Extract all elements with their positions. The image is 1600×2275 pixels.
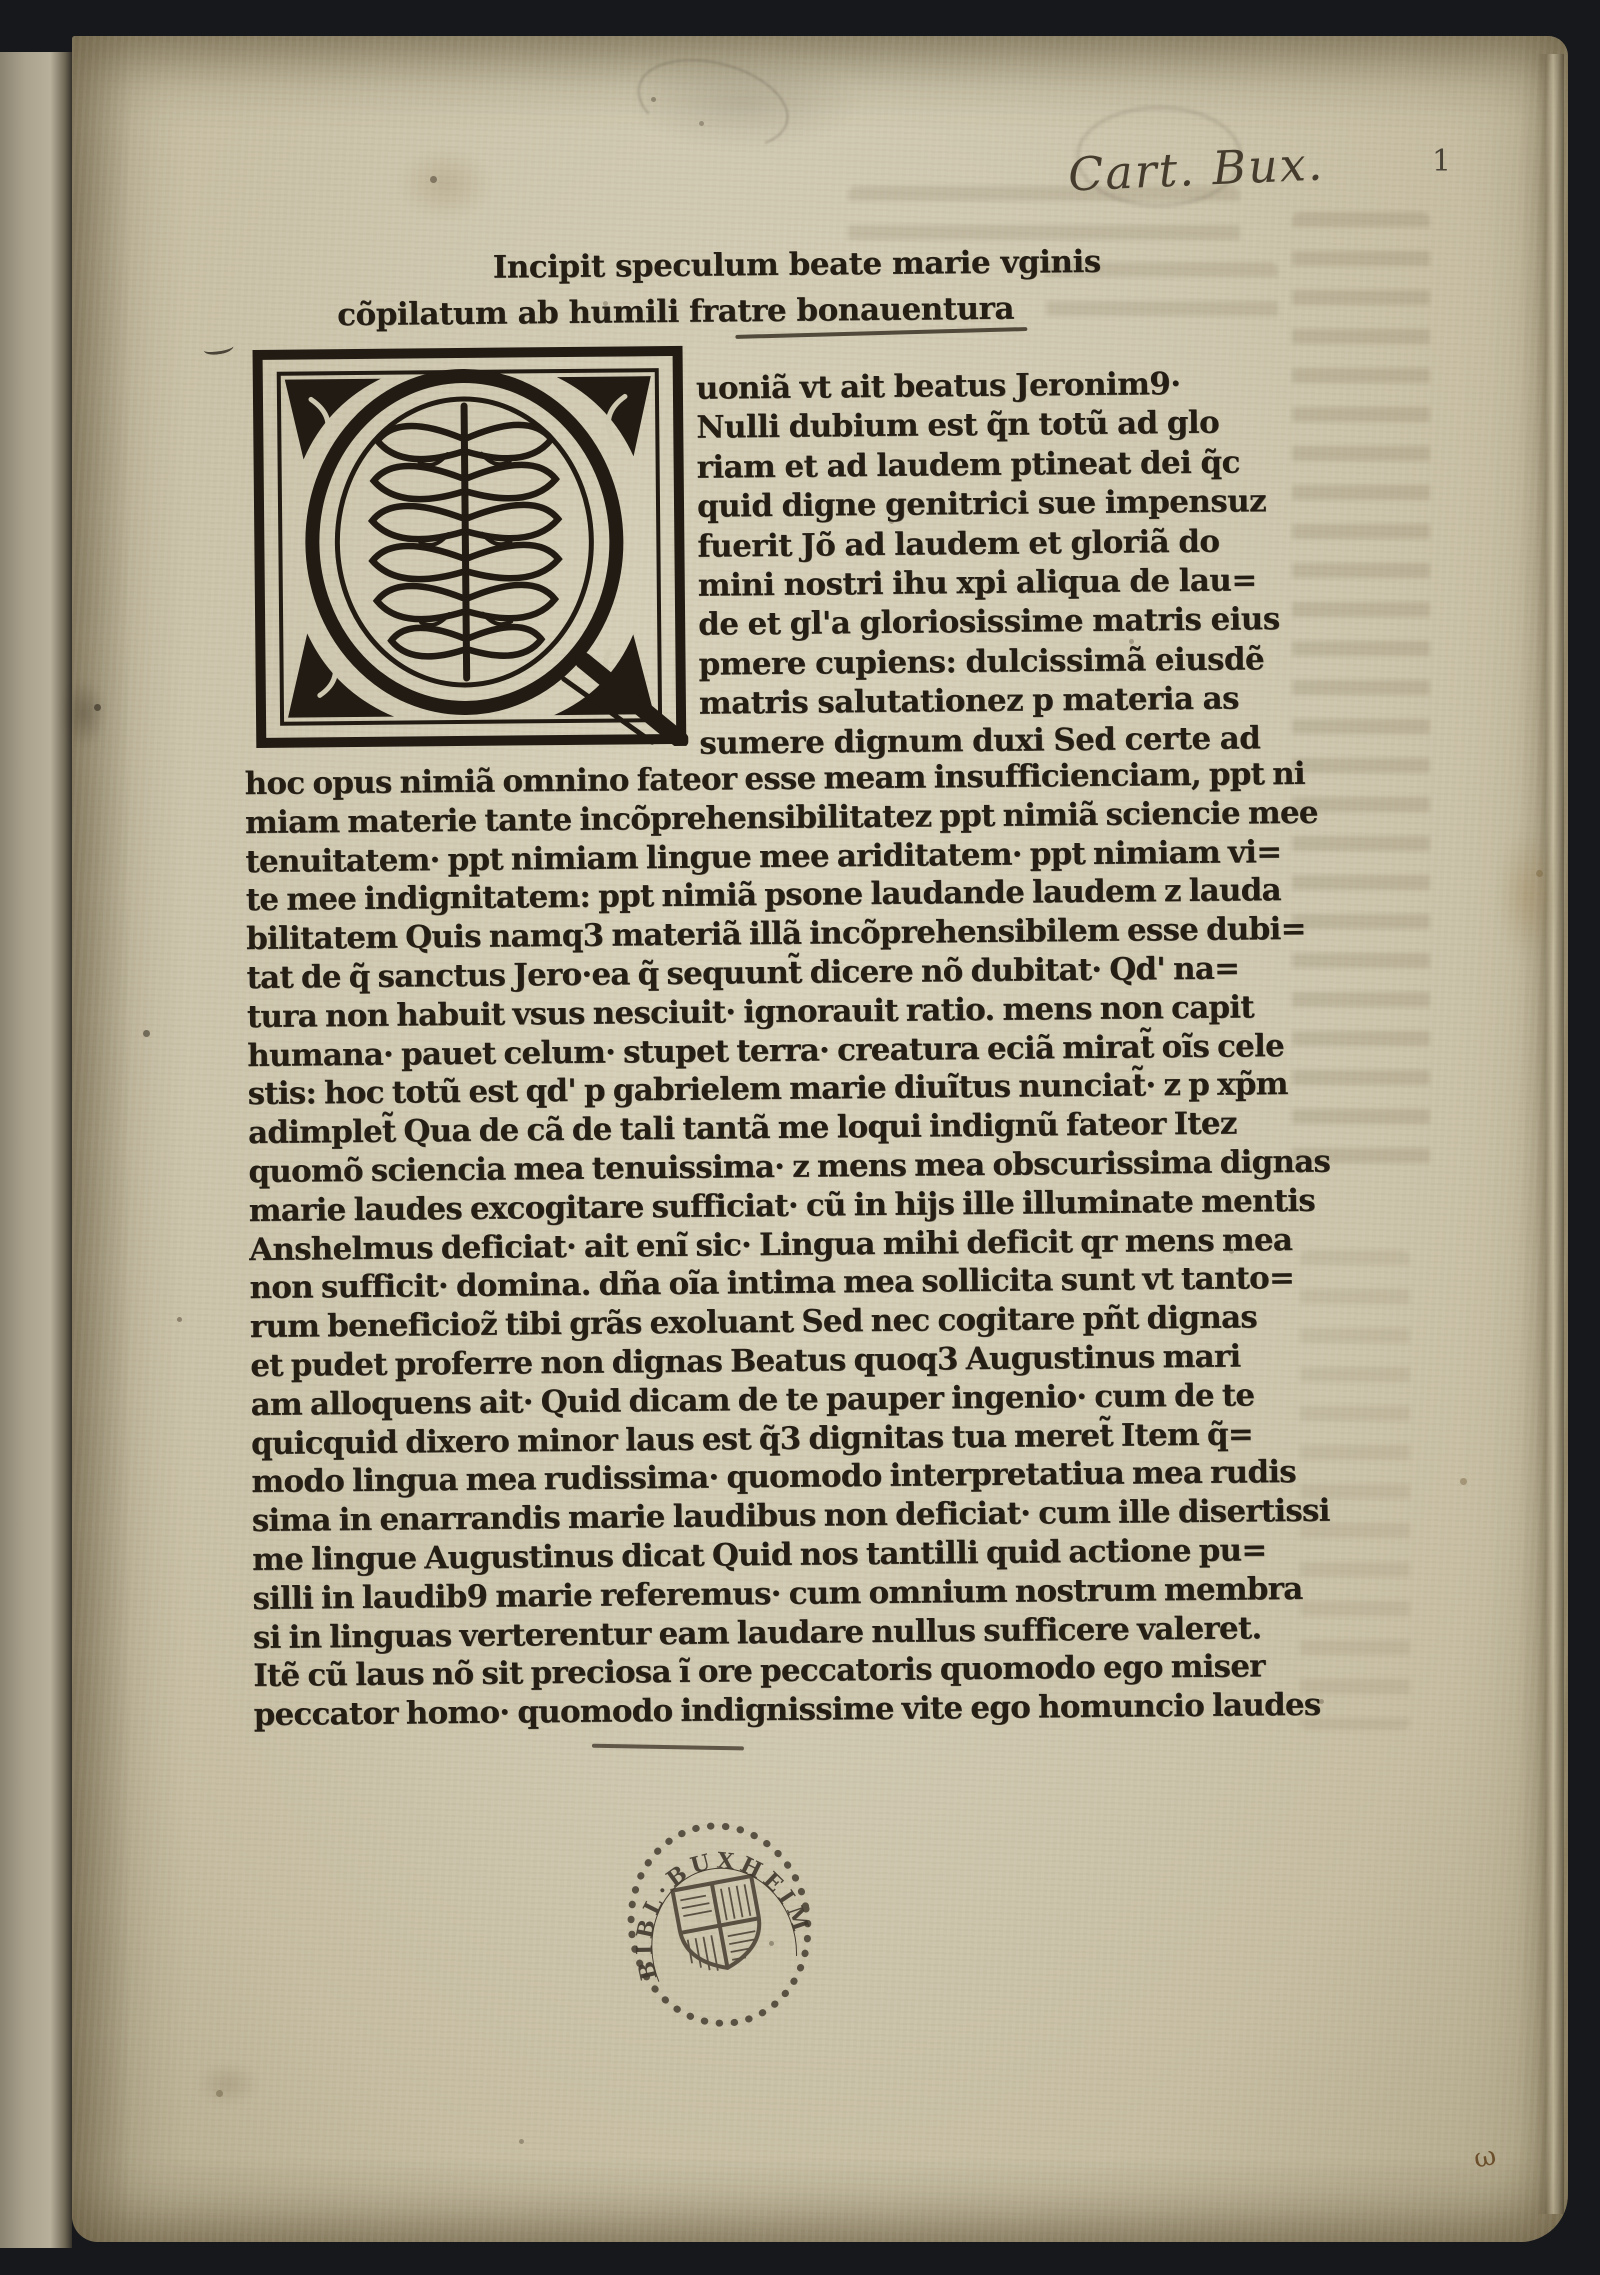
main-text-block: hoc opus nimiã omnino fateor esse meam i…: [245, 756, 1336, 1736]
paper-specks: [0, 0, 3, 3]
ownership-inscription: Cart. Bux.: [1067, 136, 1325, 201]
opening-paragraph: uoniã vt ait beatus Jeronim9·Nulli dubiu…: [696, 365, 1281, 764]
text-line: matris salutationez p materia as: [699, 680, 1281, 725]
scanned-page: Incipit speculum beate marie vginis cõpi…: [0, 0, 1600, 2275]
margin-mark: [203, 340, 234, 356]
text-line: mini nostri ihu xpi aliqua de lau=: [698, 562, 1280, 607]
incipit-heading-line-1: Incipit speculum beate marie vginis: [493, 242, 1101, 288]
incipit-heading-line-2: cõpilatum ab humili fratre bonauentura: [337, 289, 1014, 335]
woodcut-initial-q: [250, 344, 688, 750]
printed-text-area: Incipit speculum beate marie vginis cõpi…: [0, 0, 1600, 2275]
library-stamp: BIBL·BUXHEIM: [603, 1801, 837, 2050]
text-line: riam et ad laudem ptineat dei q̃c: [696, 444, 1278, 489]
text-line: uoniã vt ait beatus Jeronim9·: [696, 365, 1278, 410]
handdrawn-underline-bottom: [592, 1744, 744, 1751]
text-line: de et gl'a gloriosissime matris eius: [698, 601, 1280, 646]
folio-number: 1: [1432, 144, 1451, 179]
text-line: pmere cupiens: dulcissimã eiusdẽ: [698, 641, 1280, 686]
text-line: fuerit Jõ ad laudem et gloriã do: [697, 523, 1279, 568]
text-line: quid digne genitrici sue impensuz: [697, 483, 1279, 528]
text-line: Nulli dubium est q̃n totũ ad glo: [696, 405, 1278, 450]
